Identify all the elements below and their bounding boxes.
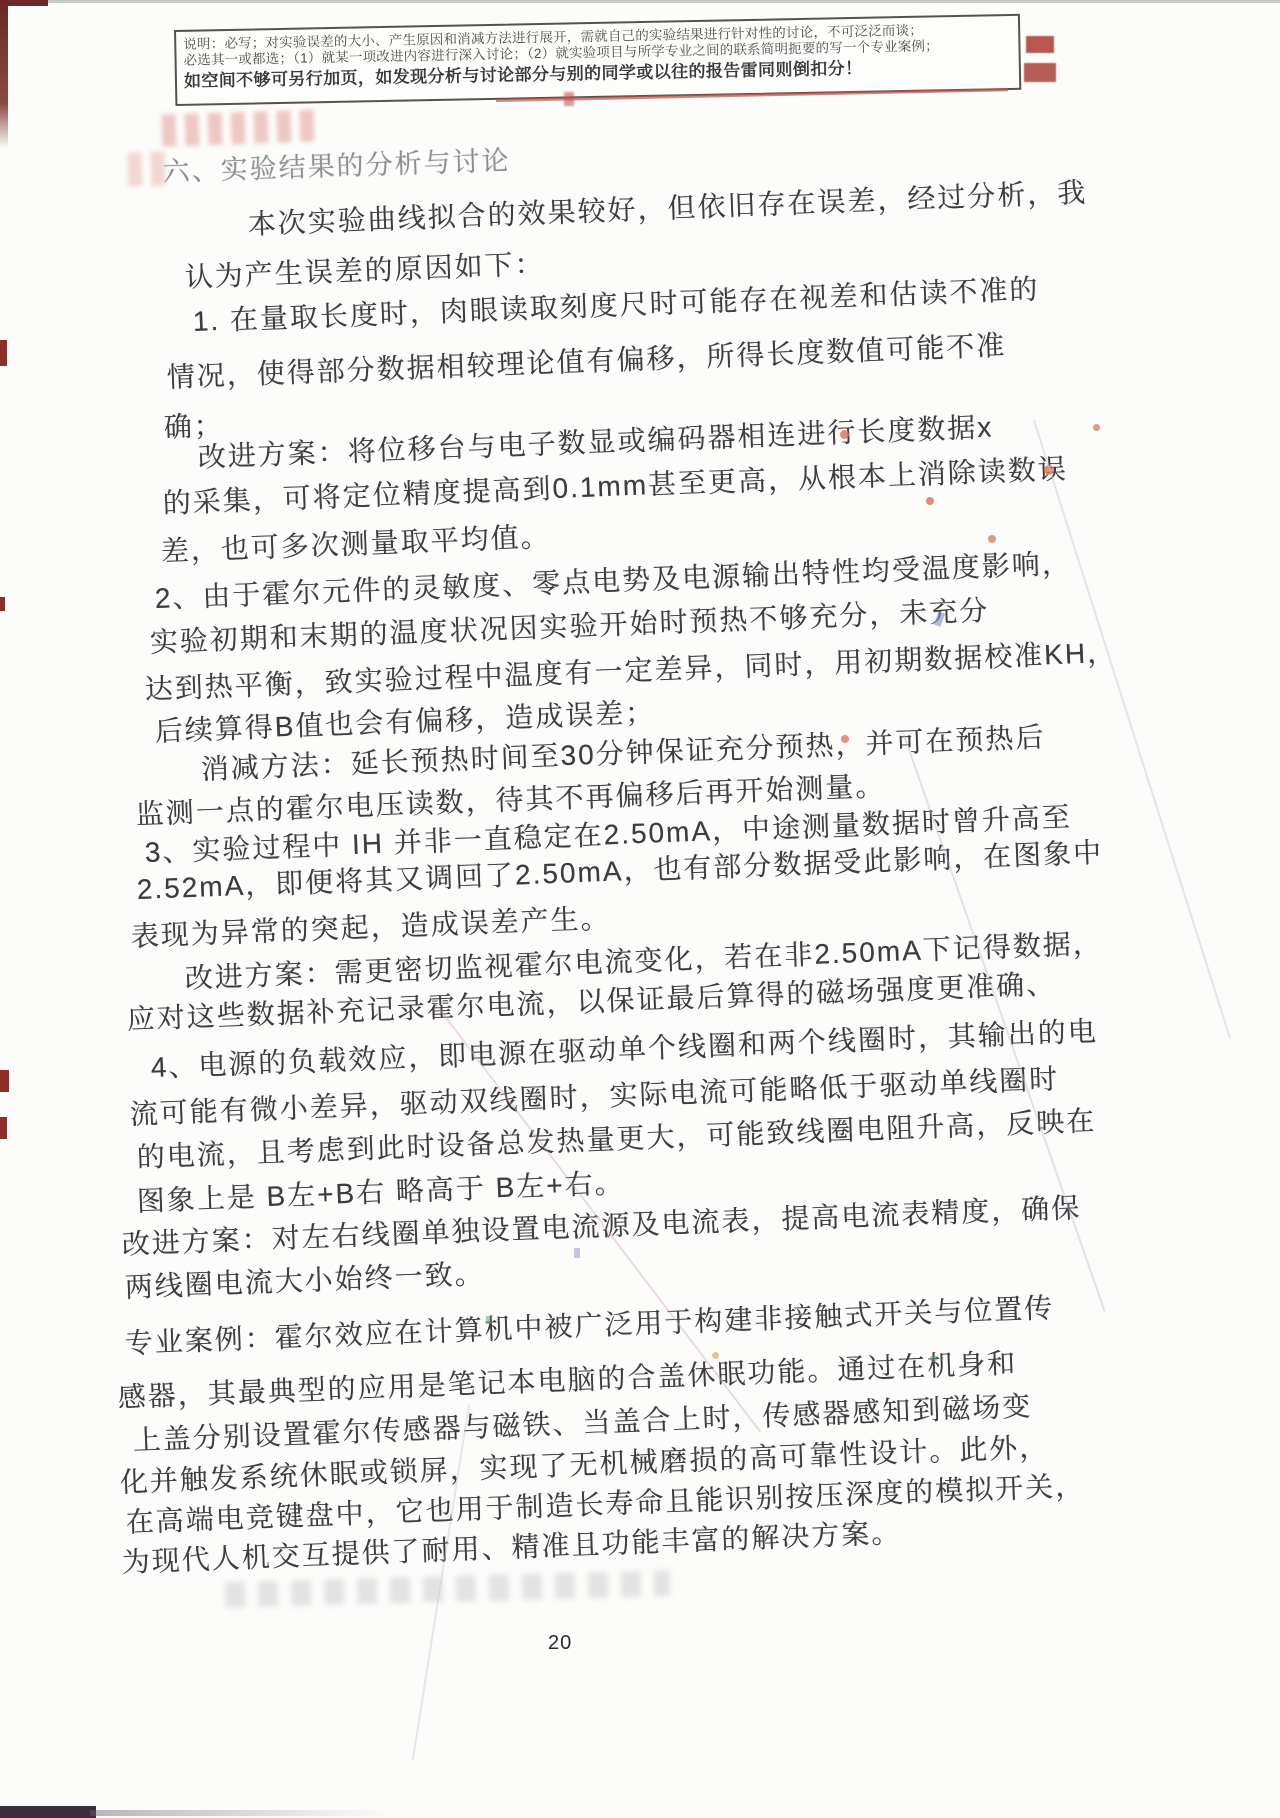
ink-bleed-dot bbox=[988, 535, 996, 543]
page-number: 20 bbox=[548, 1632, 572, 1655]
red-stamp-smudge bbox=[161, 109, 322, 147]
left-margin-red-mark bbox=[0, 1117, 7, 1139]
bleed-through-text bbox=[225, 1570, 671, 1608]
scan-corner-mark bbox=[0, 0, 48, 6]
left-margin-red-mark bbox=[0, 340, 7, 366]
scan-left-edge-strip bbox=[0, 0, 8, 148]
red-pen-mark bbox=[1026, 36, 1054, 53]
scan-top-edge bbox=[0, 0, 1280, 3]
left-margin-red-mark bbox=[0, 597, 5, 611]
ink-bleed-dot bbox=[1093, 424, 1100, 431]
scan-bottom-edge-line bbox=[90, 1810, 390, 1816]
ink-bleed-dot bbox=[926, 497, 934, 505]
scanned-lab-report-page: { "page": { "section_title": "六、实验结果的分析与… bbox=[0, 0, 1280, 1818]
scan-bottom-corner-bar bbox=[0, 1806, 96, 1818]
handwritten-line: 差，也可多次测量取平均值。 bbox=[160, 515, 551, 570]
title-prefix-smudge bbox=[127, 151, 166, 186]
purple-ink-speck bbox=[574, 1248, 580, 1258]
red-pen-mark bbox=[1024, 63, 1056, 82]
left-margin-red-mark bbox=[0, 1070, 9, 1092]
page-title: 六、实验结果的分析与讨论 bbox=[162, 138, 511, 189]
